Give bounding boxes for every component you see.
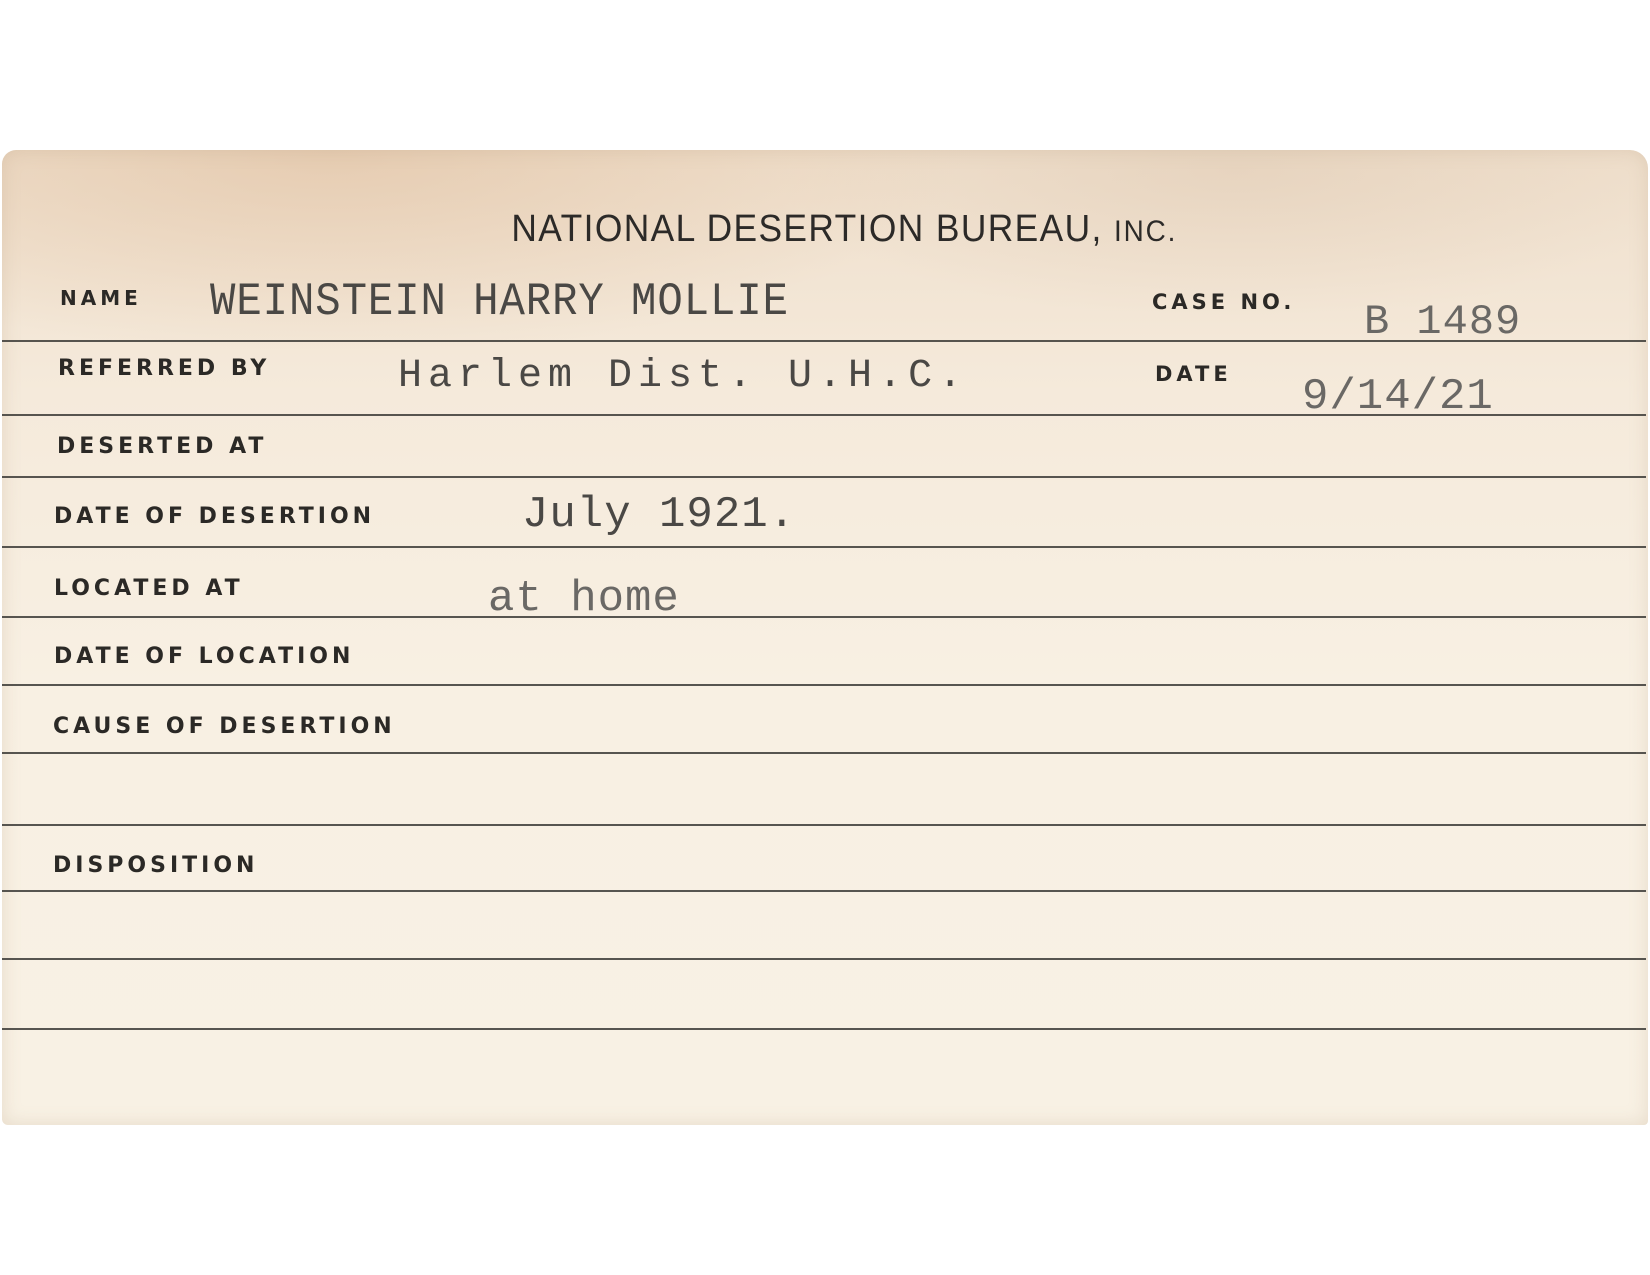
case-no-label: CASE NO. (1152, 290, 1295, 314)
organization-suffix: INC. (1114, 215, 1177, 248)
disposition-label: DISPOSITION (53, 853, 258, 878)
date-label: DATE (1155, 362, 1232, 386)
name-label: NAME (60, 286, 142, 310)
disposition-rule (2, 890, 1646, 892)
organization-name: NATIONAL DESERTION BUREAU, (511, 208, 1102, 250)
name-value: WEINSTEIN HARRY MOLLIE (210, 276, 789, 328)
deserted-at-rule (2, 476, 1646, 478)
case-no-value: B 1489 (1364, 298, 1521, 346)
date-of-location-label: DATE OF LOCATION (54, 644, 354, 669)
index-card: NATIONAL DESERTION BUREAU, INC. NAME WEI… (2, 150, 1648, 1125)
blank-rule-3 (2, 1028, 1646, 1030)
blank-rule-1 (2, 824, 1646, 826)
located-at-label: LOCATED AT (54, 576, 244, 601)
located-at-rule (2, 616, 1646, 618)
card-title: NATIONAL DESERTION BUREAU, INC. (60, 208, 1609, 251)
date-of-desertion-rule (2, 546, 1646, 548)
name-rule (2, 340, 1646, 342)
date-of-location-rule (2, 684, 1646, 686)
referred-by-rule (2, 414, 1646, 416)
referred-by-value: Harlem Dist. U.H.C. (398, 354, 968, 399)
deserted-at-label: DESERTED AT (57, 434, 267, 459)
referred-by-label: REFERRED BY (58, 356, 270, 381)
cause-of-desertion-rule (2, 752, 1646, 754)
blank-rule-2 (2, 958, 1646, 960)
date-of-desertion-value: July 1921. (522, 490, 796, 540)
date-of-desertion-label: DATE OF DESERTION (54, 504, 375, 529)
cause-of-desertion-label: CAUSE OF DESERTION (53, 714, 396, 739)
